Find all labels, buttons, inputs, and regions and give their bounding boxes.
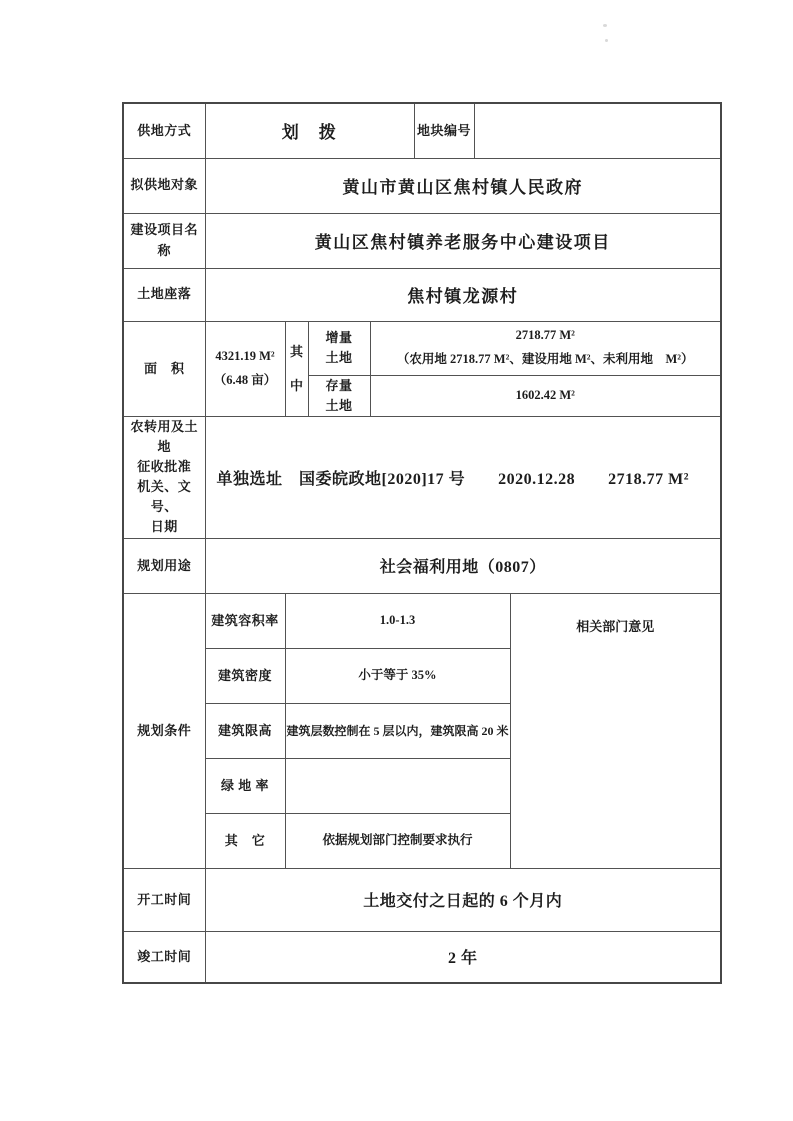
green-rate-label: 绿 地 率	[205, 758, 285, 813]
far-label: 建筑容积率	[205, 593, 285, 648]
supply-method-label: 供地方式	[123, 103, 205, 158]
planned-use-label: 规划用途	[123, 538, 205, 593]
completion-time-label: 竣工时间	[123, 931, 205, 983]
scan-artifact	[605, 39, 608, 42]
land-location-label: 土地座落	[123, 268, 205, 321]
area-incremental-label: 增量 土地	[308, 321, 370, 375]
area-incremental-value: 2718.77 M² （农用地 2718.77 M²、建设用地 M²、未利用地 …	[370, 321, 721, 375]
start-time-value: 土地交付之日起的 6 个月内	[205, 868, 721, 931]
plot-number-value	[474, 103, 721, 158]
project-name-value: 黄山区焦村镇养老服务中心建设项目	[205, 213, 721, 268]
planning-conditions-label: 规划条件	[123, 593, 205, 868]
department-opinion-label: 相关部门意见	[510, 593, 721, 868]
far-value: 1.0-1.3	[285, 593, 510, 648]
height-limit-label: 建筑限高	[205, 703, 285, 758]
land-supply-table: 供地方式 划 拨 地块编号 拟供地对象 黄山市黄山区焦村镇人民政府 建设项目名称…	[122, 102, 722, 984]
scan-artifact	[603, 24, 607, 27]
area-among-label: 其 中	[285, 321, 308, 416]
area-stock-label: 存量 土地	[308, 375, 370, 416]
supply-method-value: 划 拨	[205, 103, 414, 158]
approval-label: 农转用及土地 征收批准 机关、文号、 日期	[123, 416, 205, 538]
area-stock-value: 1602.42 M²	[370, 375, 721, 416]
land-location-value: 焦村镇龙源村	[205, 268, 721, 321]
green-rate-value	[285, 758, 510, 813]
scanned-document-page: 供地方式 划 拨 地块编号 拟供地对象 黄山市黄山区焦村镇人民政府 建设项目名称…	[0, 0, 793, 1121]
height-limit-value: 建筑层数控制在 5 层以内，建筑限高 20 米	[285, 703, 510, 758]
start-time-label: 开工时间	[123, 868, 205, 931]
planned-use-value: 社会福利用地（0807）	[205, 538, 721, 593]
building-density-label: 建筑密度	[205, 648, 285, 703]
area-label: 面 积	[123, 321, 205, 416]
approval-value: 单独选址 国委皖政地[2020]17 号 2020.12.28 2718.77 …	[205, 416, 721, 538]
completion-time-value: 2 年	[205, 931, 721, 983]
area-total-value: 4321.19 M² （6.48 亩）	[205, 321, 285, 416]
other-condition-label: 其 它	[205, 813, 285, 868]
supply-target-value: 黄山市黄山区焦村镇人民政府	[205, 158, 721, 213]
plot-number-label: 地块编号	[414, 103, 474, 158]
other-condition-value: 依据规划部门控制要求执行	[285, 813, 510, 868]
building-density-value: 小于等于 35%	[285, 648, 510, 703]
supply-target-label: 拟供地对象	[123, 158, 205, 213]
project-name-label: 建设项目名称	[123, 213, 205, 268]
